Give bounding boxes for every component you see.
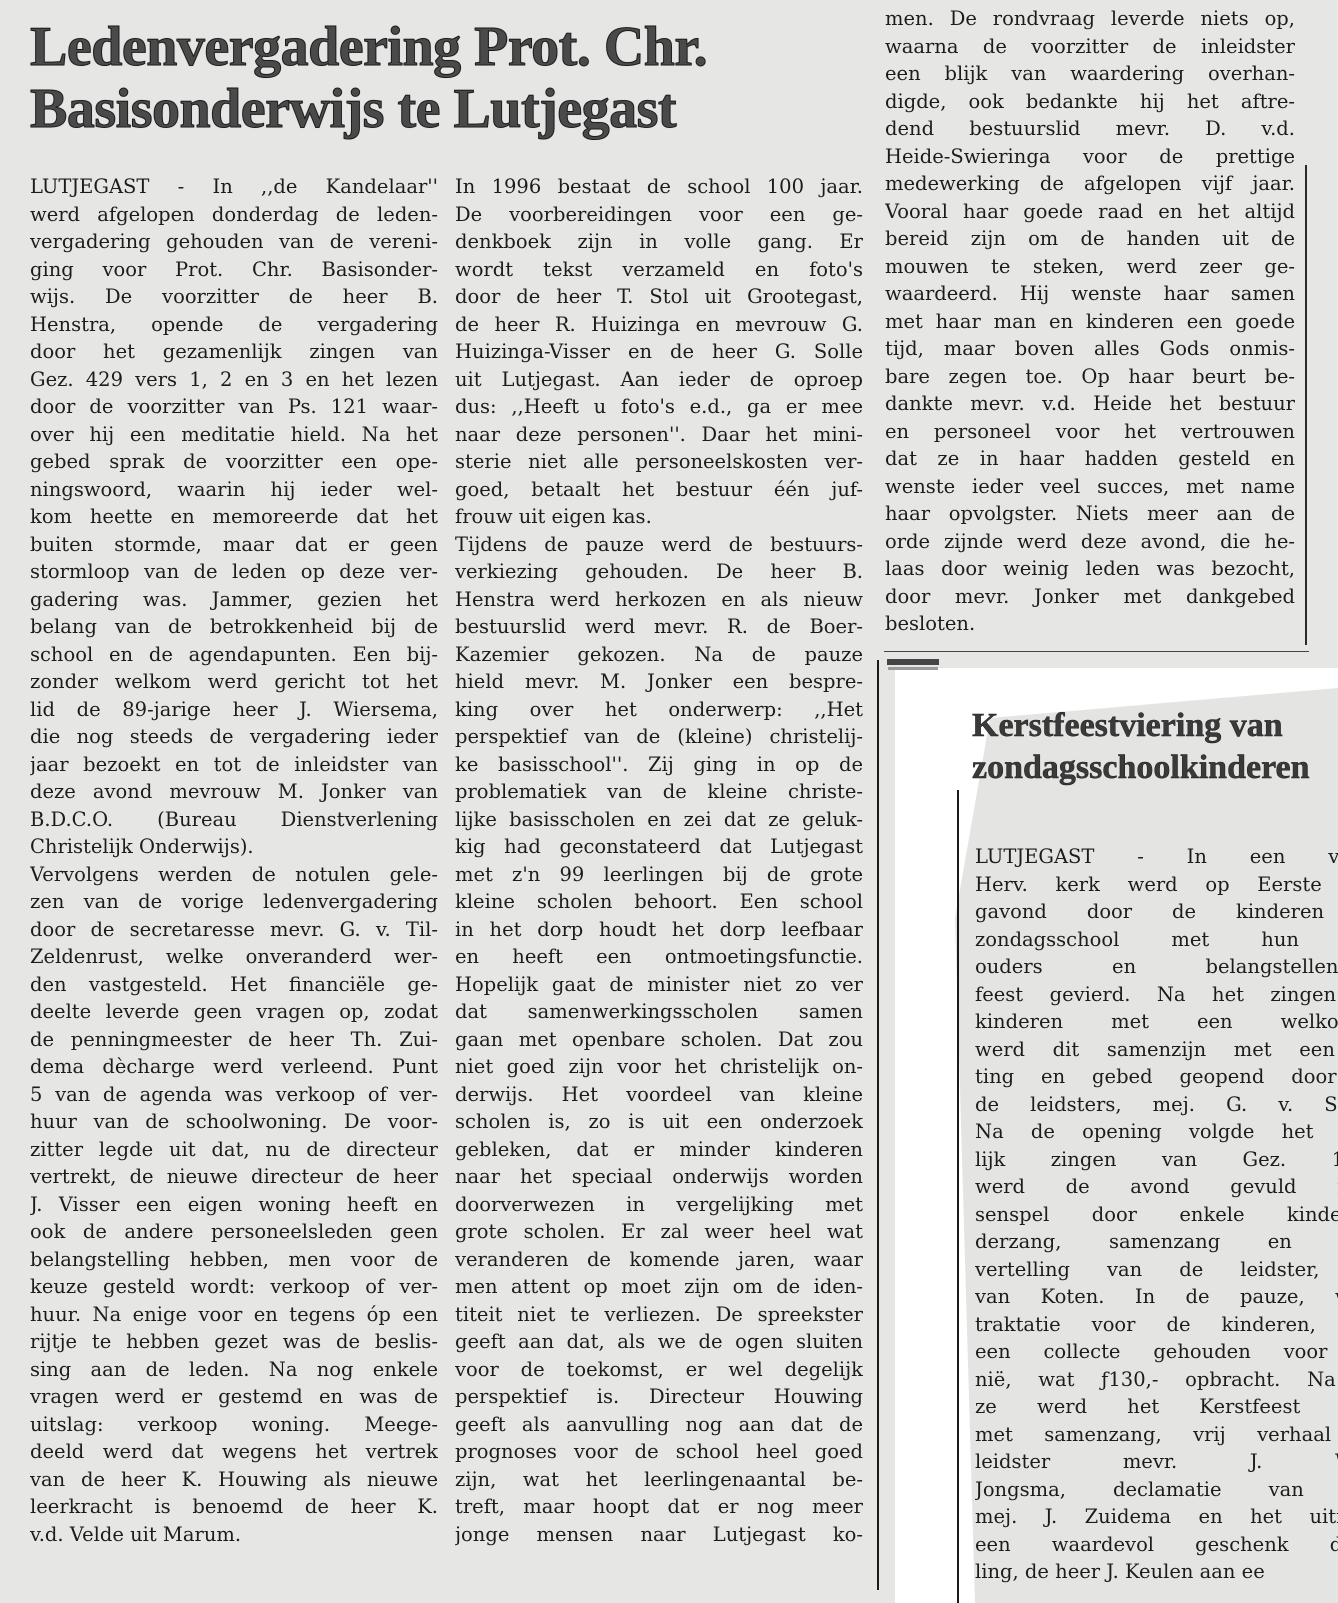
text-line: Kazemier gekozen. Na de pauze — [455, 641, 863, 669]
second-headline-line-1: Kerstfeestviering van — [972, 707, 1283, 744]
text-line: vergadering gehouden van de vereni- — [30, 228, 438, 256]
text-line: door de secretaresse mevr. G. v. Til- — [30, 916, 438, 944]
text-line: zondagsschool met hun lei — [975, 926, 1338, 954]
text-line: vragen werd er gestemd en was de — [30, 1383, 438, 1411]
text-line: de leidsters, mej. G. v. Slote — [975, 1091, 1338, 1119]
headline-line-2: Basisonderwijs te Lutjegast — [30, 78, 676, 140]
text-line: medewerking de afgelopen vijf jaar. — [885, 170, 1295, 198]
text-line: door de heer T. Stol uit Grootegast, — [455, 283, 863, 311]
text-line: senspel door enkele kinderen — [975, 1201, 1338, 1229]
text-line: 5 van de agenda was verkoop of ver- — [30, 1081, 438, 1109]
text-line: Henstra, opende de vergadering — [30, 311, 438, 339]
text-line: lid de 89-jarige heer J. Wiersema, — [30, 696, 438, 724]
text-line: Huizinga-Visser en de heer G. Solle — [455, 338, 863, 366]
text-line: frouw uit eigen kas. — [455, 503, 863, 531]
text-line: van Koten. In de pauze, waa — [975, 1283, 1338, 1311]
text-line: laas door weinig leden was bezocht, — [885, 555, 1295, 583]
text-line: de penningmeester de heer Th. Zui- — [30, 1026, 438, 1054]
text-line: en heeft een ontmoetingsfunctie. — [455, 943, 863, 971]
text-line: LUTJEGAST - In een volle — [975, 843, 1338, 871]
text-line: kom heette en memoreerde dat het — [30, 503, 438, 531]
text-line: wenste ieder veel succes, met name — [885, 473, 1295, 501]
column-divider-vertical — [877, 660, 879, 1590]
headline-line-1: Ledenvergadering Prot. Chr. — [30, 16, 707, 78]
text-line: door mevr. Jonker met dankgebed — [885, 583, 1295, 611]
text-line: de heer R. Huizinga en mevrouw G. — [455, 311, 863, 339]
text-line: Herv. kerk werd op Eerste Ke — [975, 871, 1338, 899]
text-line: prognoses voor de school heel goed — [455, 1438, 863, 1466]
section-marker-bar — [887, 659, 939, 665]
text-line: zonder welkom werd gericht tot het — [30, 668, 438, 696]
text-line: keuze gesteld wordt: verkoop of ver- — [30, 1273, 438, 1301]
text-line: mouwen te steken, werd zeer ge- — [885, 253, 1295, 281]
text-line: kinderen met een welkomst — [975, 1008, 1338, 1036]
text-line: door het gezamenlijk zingen van — [30, 338, 438, 366]
section-marker-bar-shadow — [888, 667, 938, 670]
text-line: traktatie voor de kinderen, we — [975, 1311, 1338, 1339]
text-line: tijd, maar boven alles Gods onmis- — [885, 335, 1295, 363]
text-line: denkboek zijn in volle gang. Er — [455, 228, 863, 256]
text-line: king over het onderwerp: ,,Het — [455, 696, 863, 724]
text-line: in het dorp houdt het dorp leefbaar — [455, 916, 863, 944]
text-line: nië, wat ƒ130,- opbracht. Na d — [975, 1366, 1338, 1394]
article-column-3: men. De rondvraag leverde niets op,waarn… — [885, 5, 1295, 638]
text-line: en personeel voor het vertrouwen — [885, 418, 1295, 446]
text-line: derwijs. Het voordeel van kleine — [455, 1081, 863, 1109]
text-line: treft, maar hoopt dat er nog meer — [455, 1493, 863, 1521]
text-line: perspektief is. Directeur Houwing — [455, 1383, 863, 1411]
text-line: leidster mevr. J. Wes — [975, 1448, 1338, 1476]
text-line: geeft als aanvulling nog aan dat de — [455, 1411, 863, 1439]
text-line: over hij een meditatie hield. Na het — [30, 421, 438, 449]
text-line: problematiek van de kleine christe- — [455, 778, 863, 806]
text-line: verkiezing gehouden. De heer B. — [455, 558, 863, 586]
text-line: v.d. Velde uit Marum. — [30, 1521, 438, 1549]
text-line: belangstelling hebben, men voor de — [30, 1246, 438, 1274]
text-line: Vooral haar goede raad en het altijd — [885, 198, 1295, 226]
text-line: sing aan de leden. Na nog enkele — [30, 1356, 438, 1384]
text-line: huur van de schoolwoning. De voor- — [30, 1108, 438, 1136]
text-line: gaan met openbare scholen. Dat zou — [455, 1026, 863, 1054]
text-line: dus: ,,Heeft u foto's e.d., ga er mee — [455, 393, 863, 421]
text-line: gebed sprak de voorzitter een ope- — [30, 448, 438, 476]
text-line: met samenzang, vrij verhaal d — [975, 1421, 1338, 1449]
text-line: waarna de voorzitter de inleidster — [885, 33, 1295, 61]
article-column-1: LUTJEGAST - In ,,de Kandelaar''werd afge… — [30, 173, 438, 1548]
text-line: men attent op moet zijn om de iden- — [455, 1273, 863, 1301]
column-divider-edge — [1305, 165, 1307, 645]
text-line: leerkracht is benoemd de heer K. — [30, 1493, 438, 1521]
text-line: gebleken, dat er minder kinderen — [455, 1136, 863, 1164]
text-line: dat samenwerkingsscholen samen — [455, 998, 863, 1026]
text-line: naar deze personen''. Daar het mini- — [455, 421, 863, 449]
text-line: dend bestuurslid mevr. D. v.d. — [885, 115, 1295, 143]
text-line: een waardevol geschenk door — [975, 1531, 1338, 1559]
text-line: orde zijnde werd deze avond, die he- — [885, 528, 1295, 556]
text-line: bare zegen toe. Op haar beurt be- — [885, 363, 1295, 391]
text-line: deze avond mevrouw M. Jonker van — [30, 778, 438, 806]
text-line: De voorbereidingen voor een ge- — [455, 201, 863, 229]
text-line: belang van de betrokkenheid bij de — [30, 613, 438, 641]
text-line: van de heer K. Houwing als nieuwe — [30, 1466, 438, 1494]
text-line: zitter legde uit dat, nu de directeur — [30, 1136, 438, 1164]
text-line: dankte mevr. v.d. Heide het bestuur — [885, 390, 1295, 418]
text-line: waardeerd. Hij wenste haar samen — [885, 280, 1295, 308]
text-line: hield mevr. M. Jonker een bespre- — [455, 668, 863, 696]
text-line: wijs. De voorzitter de heer B. — [30, 283, 438, 311]
text-line: werd afgelopen donderdag de leden- — [30, 201, 438, 229]
text-line: die nog steeds de vergadering ieder — [30, 723, 438, 751]
text-line: een blijk van waardering overhan- — [885, 60, 1295, 88]
article-headline: Ledenvergadering Prot. Chr. Basisonderwi… — [30, 16, 890, 140]
text-line: buiten stormde, maar dat er geen — [30, 531, 438, 559]
text-line: B.D.C.O. (Bureau Dienstverlening — [30, 806, 438, 834]
text-line: een collecte gehouden voor R — [975, 1338, 1338, 1366]
text-line: Heide-Swieringa voor de prettige — [885, 143, 1295, 171]
text-line: school en de agendapunten. Een bij- — [30, 641, 438, 669]
text-line: ouders en belangstellenden — [975, 953, 1338, 981]
text-line: derzang, samenzang en een — [975, 1228, 1338, 1256]
text-line: bestuurslid werd mevr. R. de Boer- — [455, 613, 863, 641]
second-headline-line-2: zondagsschoolkinderen — [972, 749, 1310, 786]
text-line: jaar bezoekt en tot de inleidster van — [30, 751, 438, 779]
article-column-2: In 1996 bestaat de school 100 jaar.De vo… — [455, 173, 863, 1548]
text-line: Hopelijk gaat de minister niet zo ver — [455, 971, 863, 999]
text-line: feest gevierd. Na het zingen d — [975, 981, 1338, 1009]
text-line: huur. Na enige voor en tegens óp een — [30, 1301, 438, 1329]
text-line: mej. J. Zuidema en het uitreik — [975, 1503, 1338, 1531]
text-line: dema dècharge werd verleend. Punt — [30, 1053, 438, 1081]
second-article-column: LUTJEGAST - In een volleHerv. kerk werd … — [975, 843, 1338, 1586]
text-line: Na de opening volgde het gez — [975, 1118, 1338, 1146]
text-line: haar opvolgster. Niets meer aan de — [885, 500, 1295, 528]
text-line: jonge mensen naar Lutjegast ko- — [455, 1521, 863, 1549]
text-line: rijtje te hebben gezet was de beslis- — [30, 1328, 438, 1356]
text-line: titeit niet te verliezen. De spreekster — [455, 1301, 863, 1329]
text-line: Christelijk Onderwijs). — [30, 833, 438, 861]
text-line: Zeldenrust, welke onveranderd wer- — [30, 943, 438, 971]
text-line: besloten. — [885, 610, 1295, 638]
text-line: deelte leverde geen vragen op, zodat — [30, 998, 438, 1026]
text-line: lijk zingen van Gez. 138. — [975, 1146, 1338, 1174]
text-line: ook de andere personeelsleden geen — [30, 1218, 438, 1246]
text-line: vertrekt, de nieuwe directeur de heer — [30, 1163, 438, 1191]
text-line: lijke basisscholen en zei dat ze geluk- — [455, 806, 863, 834]
second-article-headline: Kerstfeestviering van zondagsschoolkinde… — [972, 705, 1338, 789]
text-line: zen van de vorige ledenvergadering — [30, 888, 438, 916]
text-line: grote scholen. Er zal weer heel wat — [455, 1218, 863, 1246]
text-line: Vervolgens werden de notulen gele- — [30, 861, 438, 889]
text-line: goed, betaalt het bestuur één juf- — [455, 476, 863, 504]
text-line: ningswoord, waarin hij ieder wel- — [30, 476, 438, 504]
text-line: doorverwezen in vergelijking met — [455, 1191, 863, 1219]
text-line: sterie niet alle personeelskosten ver- — [455, 448, 863, 476]
text-line: J. Visser een eigen woning heeft en — [30, 1191, 438, 1219]
text-line: perspektief van de (kleine) christelij- — [455, 723, 863, 751]
text-line: ze werd het Kerstfeest voo — [975, 1393, 1338, 1421]
text-line: werd dit samenzijn met een b — [975, 1036, 1338, 1064]
text-line: gadering was. Jammer, gezien het — [30, 586, 438, 614]
text-line: veranderen de komende jaren, waar — [455, 1246, 863, 1274]
text-line: bereid zijn om de handen uit de — [885, 225, 1295, 253]
text-line: geeft aan dat, als we de ogen sluiten — [455, 1328, 863, 1356]
text-line: men. De rondvraag leverde niets op, — [885, 5, 1295, 33]
text-line: ting en gebed geopend door é — [975, 1063, 1338, 1091]
text-line: ling, de heer J. Keulen aan ee — [975, 1558, 1338, 1586]
text-line: Jongsma, declamatie van de — [975, 1476, 1338, 1504]
text-line: wordt tekst verzameld en foto's — [455, 256, 863, 284]
text-line: Gez. 429 vers 1, 2 en 3 en het lezen — [30, 366, 438, 394]
text-line: werd de avond gevuld met — [975, 1173, 1338, 1201]
text-line: Henstra werd herkozen en als nieuw — [455, 586, 863, 614]
text-line: ging voor Prot. Chr. Basisonder- — [30, 256, 438, 284]
text-line: naar het speciaal onderwijs worden — [455, 1163, 863, 1191]
text-line: stormloop van de leden op deze ver- — [30, 558, 438, 586]
text-line: zijn, wat het leerlingenaantal be- — [455, 1466, 863, 1494]
text-line: met haar man en kinderen een goede — [885, 308, 1295, 336]
text-line: dat ze in haar hadden gesteld en — [885, 445, 1295, 473]
text-line: LUTJEGAST - In ,,de Kandelaar'' — [30, 173, 438, 201]
text-line: niet goed zijn voor het christelijk on- — [455, 1053, 863, 1081]
text-line: door de voorzitter van Ps. 121 waar- — [30, 393, 438, 421]
text-line: voor de toekomst, er wel degelijk — [455, 1356, 863, 1384]
text-line: den vastgesteld. Het financiële ge- — [30, 971, 438, 999]
text-line: scholen is, zo is uit een onderzoek — [455, 1108, 863, 1136]
text-line: gavond door de kinderen v — [975, 898, 1338, 926]
text-line: digde, ook bedankte hij het aftre- — [885, 88, 1295, 116]
text-line: ke basisschool''. Zij ging in op de — [455, 751, 863, 779]
text-line: Tijdens de pauze werd de bestuurs- — [455, 531, 863, 559]
text-line: deeld werd dat wegens het vertrek — [30, 1438, 438, 1466]
text-line: kleine scholen behoort. Een school — [455, 888, 863, 916]
text-line: uitslag: verkoop woning. Meege- — [30, 1411, 438, 1439]
text-line: met z'n 99 leerlingen bij de grote — [455, 861, 863, 889]
column-divider-horizontal — [884, 651, 1309, 652]
text-line: uit Lutjegast. Aan ieder de oproep — [455, 366, 863, 394]
text-line: kig had geconstateerd dat Lutjegast — [455, 833, 863, 861]
text-line: vertelling van de leidster, m — [975, 1256, 1338, 1284]
second-article-divider — [957, 790, 959, 1603]
text-line: In 1996 bestaat de school 100 jaar. — [455, 173, 863, 201]
